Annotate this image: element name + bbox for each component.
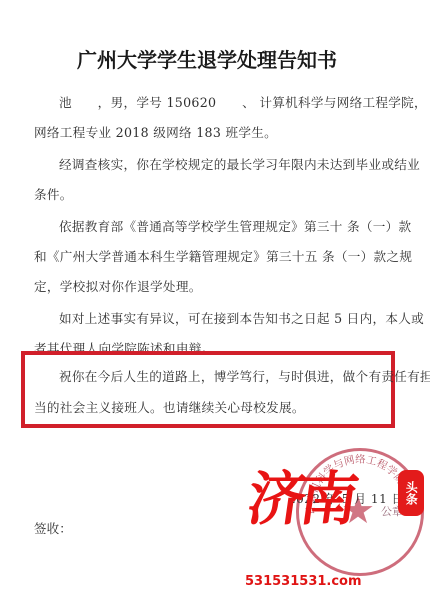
paragraph-4-line-1: 如对上述事实有异议，可在接到本告知书之日起 5 日内，本人或: [59, 308, 424, 327]
paragraph-2-line-1: 经调查核实，你在学校规定的最长学习年限内未达到毕业或结业: [59, 154, 420, 173]
paragraph-1-line-1: 池 ，男，学号 150620 、 计算机科学与网络工程学院，: [59, 92, 427, 111]
paragraph-2-line-2: 条件。: [34, 184, 73, 203]
paragraph-5-line-2: 当的社会主义接班人。也请继续关心母校发展。: [34, 397, 305, 416]
highlight-box: [21, 351, 395, 428]
watermark-brand: 济南: [244, 470, 356, 528]
paragraph-3-line-1: 依据教育部《普通高等学校学生管理规定》第三十 条（一）款: [59, 216, 411, 235]
signature-label: 签收：: [34, 518, 72, 537]
watermark-badge-text: 头条: [404, 481, 418, 505]
paragraph-3-line-2: 和《广州大学普通本科生学籍管理规定》第三十五 条（一）款之规: [34, 246, 412, 265]
paragraph-3-line-3: 定，学校拟对你作退学处理。: [34, 276, 202, 295]
watermark-badge: 头条: [398, 470, 424, 516]
paragraph-5-line-1: 祝你在今后人生的道路上，博学笃行，与时俱进，做个有责任有担: [59, 366, 430, 385]
paragraph-1-line-2: 网络工程专业 2018 级网络 183 班学生。: [34, 122, 277, 141]
document-title: 广州大学学生退学处理告知书: [0, 44, 414, 73]
watermark-url: 531531531.com: [245, 574, 362, 589]
